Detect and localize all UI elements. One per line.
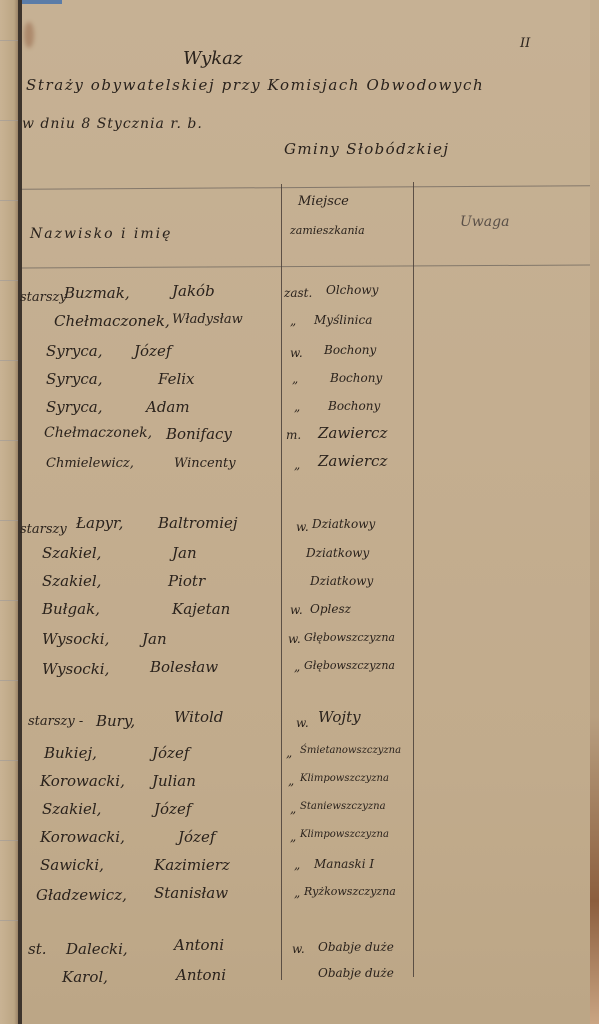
role-prefix: starszy -: [28, 714, 83, 729]
given-name: Józef: [152, 744, 189, 762]
role-prefix: starszy: [20, 522, 67, 537]
place-prefix: „: [288, 774, 294, 788]
surname: Dalecki,: [66, 940, 128, 958]
given-name: Bonifacy: [166, 425, 232, 443]
place: Głębowszczyzna: [304, 631, 395, 644]
place-prefix: w.: [290, 346, 303, 360]
place-prefix: „: [292, 372, 298, 386]
place-prefix: „: [286, 746, 292, 760]
place-prefix: „: [294, 660, 300, 674]
surname: Bukiej,: [44, 744, 97, 762]
column-header-place-line2: zamieszkania: [290, 224, 365, 237]
given-name: Antoni: [174, 936, 224, 954]
given-name: Julian: [152, 772, 196, 790]
given-name: Kazimierz: [154, 856, 230, 874]
surname: Sawicki,: [40, 856, 104, 874]
given-name: Władysław: [172, 312, 243, 327]
place-prefix: „: [290, 830, 296, 844]
surname: Szakiel,: [42, 800, 101, 818]
surname: Gładzewicz,: [36, 886, 127, 904]
surname: Bury,: [96, 712, 135, 730]
role-prefix: starszy: [20, 290, 67, 305]
given-name: Jan: [142, 630, 167, 648]
given-name: Jan: [172, 544, 197, 562]
surname: Bułgak,: [42, 600, 100, 618]
surname: Korowacki,: [40, 772, 125, 790]
place: Wojty: [318, 708, 361, 726]
page-number: II: [520, 36, 530, 51]
place-prefix: „: [294, 400, 300, 414]
page-right-edge: [590, 0, 599, 1024]
surname: Szakiel,: [42, 572, 101, 590]
gmina-name: Gminy Słobódzkiej: [284, 140, 449, 158]
given-name: Antoni: [176, 966, 226, 984]
surname: Chełmaczonek,: [54, 312, 170, 330]
given-name: Piotr: [168, 572, 205, 590]
given-name: Wincenty: [174, 456, 236, 471]
place-prefix: „: [290, 802, 296, 816]
surname: Wysocki,: [42, 630, 109, 648]
place: Klimpowszczyzna: [300, 829, 389, 840]
place: Zawiercz: [318, 452, 387, 470]
place-prefix: w.: [296, 716, 309, 730]
given-name: Józef: [178, 828, 215, 846]
given-name: Józef: [134, 342, 171, 360]
document-subtitle: Straży obywatelskiej przy Komisjach Obwo…: [26, 76, 484, 94]
place-prefix: w.: [290, 603, 303, 617]
surname: Chmielewicz,: [46, 456, 134, 471]
place: Klimpowszczyzna: [300, 773, 389, 784]
place: Obabje duże: [318, 940, 394, 954]
place: Bochony: [330, 371, 382, 385]
surname: Chełmaczonek,: [44, 425, 152, 441]
place-prefix: „: [294, 458, 300, 472]
place-prefix: „: [294, 886, 300, 900]
role-prefix: st.: [28, 940, 47, 958]
document-title: Wykaz: [183, 48, 242, 69]
column-divider-2: [413, 182, 414, 977]
place: Głębowszczyzna: [304, 659, 395, 672]
place: Olchowy: [326, 283, 378, 297]
facing-page-edge: [0, 0, 20, 1024]
place: Zawiercz: [318, 424, 387, 442]
surname: Łapyr,: [76, 514, 123, 532]
given-name: Kajetan: [172, 600, 230, 618]
given-name: Baltromiej: [158, 514, 238, 532]
place: Myślinica: [314, 313, 372, 327]
given-name: Bolesław: [150, 658, 218, 676]
place-prefix: „: [290, 314, 296, 328]
place-prefix: w.: [292, 942, 305, 956]
column-divider-1: [281, 184, 282, 980]
column-header-place-line1: Miejsce: [298, 194, 349, 209]
place: Dziatkowy: [306, 546, 369, 560]
place-prefix: w.: [296, 520, 309, 534]
surname: Korowacki,: [40, 828, 125, 846]
place-prefix: m.: [286, 428, 301, 442]
place-prefix: zast.: [284, 286, 312, 300]
column-header-name: Nazwisko i imię: [30, 226, 172, 242]
place: Obabje duże: [318, 966, 394, 980]
place: Oplesz: [310, 602, 351, 616]
surname: Wysocki,: [42, 660, 109, 678]
place: Staniewszczyzna: [300, 801, 386, 812]
surname: Syryca,: [46, 342, 103, 360]
place: Dziatkowy: [310, 574, 373, 588]
surname: Syryca,: [46, 398, 103, 416]
place-prefix: „: [294, 858, 300, 872]
column-header-remarks: Uwaga: [460, 214, 509, 230]
ink-stain: [24, 22, 34, 48]
given-name: Józef: [154, 800, 191, 818]
surname: Karol,: [62, 968, 108, 986]
place-prefix: w.: [288, 632, 301, 646]
place: Dziatkowy: [312, 517, 375, 531]
surname: Szakiel,: [42, 544, 101, 562]
given-name: Stanisław: [154, 884, 228, 902]
place: Śmietanowszczyzna: [300, 745, 401, 756]
given-name: Witold: [174, 708, 223, 726]
given-name: Jakób: [172, 282, 215, 300]
given-name: Adam: [146, 398, 190, 416]
place: Bochony: [324, 343, 376, 357]
place: Bochony: [328, 399, 380, 413]
scan-edge-strip: [22, 0, 62, 4]
given-name: Felix: [158, 370, 195, 388]
surname: Buzmak,: [64, 284, 130, 302]
place: Ryżkowszczyzna: [304, 885, 396, 898]
place: Manaski I: [314, 857, 374, 871]
document-date: w dniu 8 Stycznia r. b.: [22, 116, 203, 132]
surname: Syryca,: [46, 370, 103, 388]
